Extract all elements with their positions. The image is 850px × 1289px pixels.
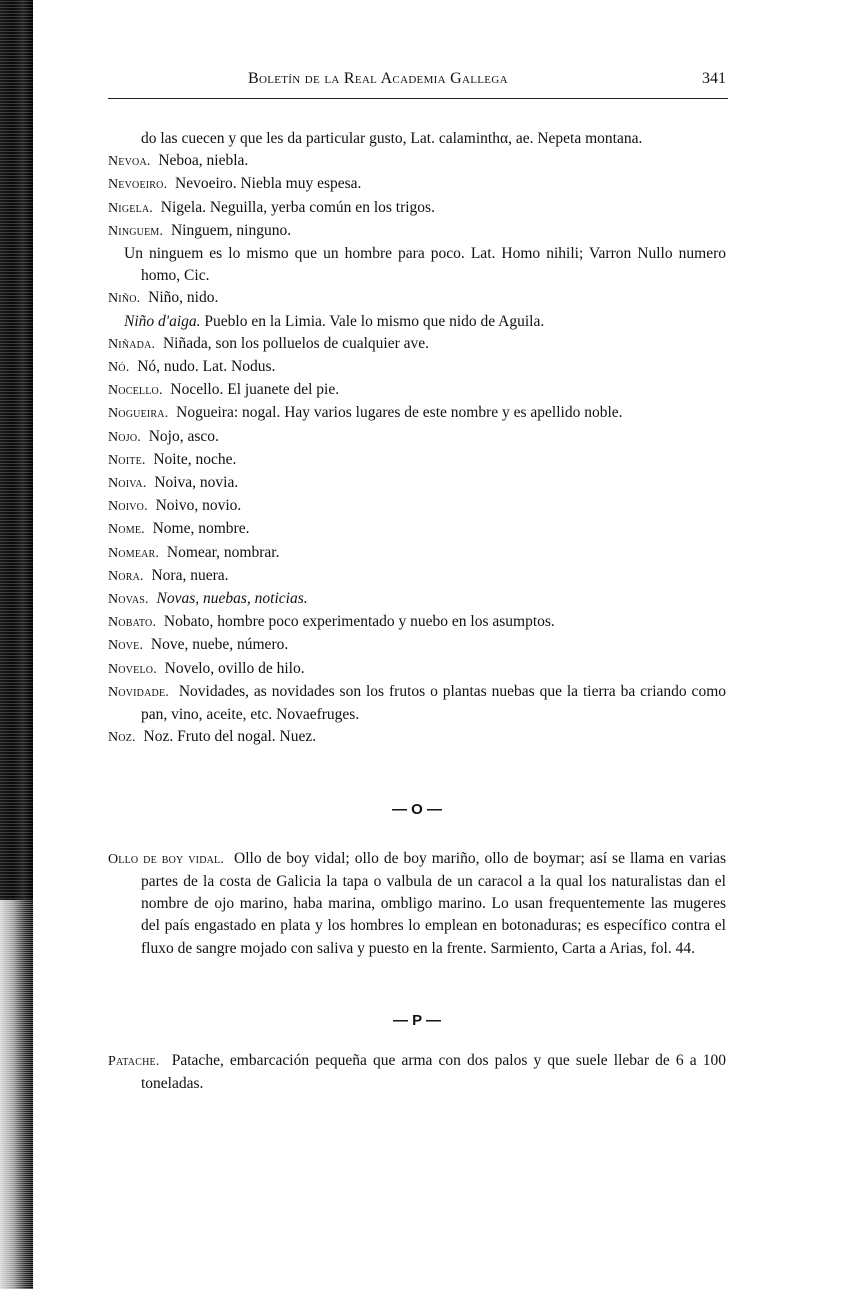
- entry-nome: Nome. Nome, nombre.: [108, 518, 726, 541]
- entry-noite: Noite. Noite, noche.: [108, 449, 726, 472]
- entry-text: Novelo, ovillo de hilo.: [165, 660, 305, 677]
- entry-text: Un ninguem es lo mismo que un hombre par…: [124, 245, 726, 284]
- headword: Novidade.: [108, 685, 169, 700]
- headword: Novas.: [108, 592, 149, 607]
- entry-text: Nome, nombre.: [153, 520, 250, 537]
- headword: Nogueira.: [108, 406, 168, 421]
- entry-text: Ninguem, ninguno.: [171, 222, 291, 239]
- entry-novas: Novas. Novas, nuebas, noticias.: [108, 588, 726, 611]
- section-heading-p: — P —: [108, 1010, 726, 1032]
- entry-nino: Niño. Niño, nido.: [108, 287, 726, 310]
- entry-nobato: Nobato. Nobato, hombre poco experimentad…: [108, 611, 726, 634]
- entry-ollo-de-boy-vidal: Ollo de boy vidal. Ollo de boy vidal; ol…: [108, 848, 726, 960]
- entry-text: Neboa, niebla.: [158, 152, 248, 169]
- entry-nocello: Nocello. Nocello. El juanete del pie.: [108, 379, 726, 402]
- headword: Ninguem.: [108, 224, 163, 239]
- entry-text: Ollo de boy vidal; ollo de boy mariño, o…: [141, 850, 726, 957]
- headword: Nigela.: [108, 201, 153, 216]
- headword: Noivo.: [108, 499, 148, 514]
- entry-text: Nove, nuebe, número.: [151, 636, 288, 653]
- headword: Noite.: [108, 453, 146, 468]
- entry-italic-term: Niño d'aiga.: [124, 313, 201, 330]
- headword: Nevoa.: [108, 154, 151, 169]
- entry-text: Novidades, as novidades son los frutos o…: [141, 683, 726, 723]
- headword: Nobato.: [108, 615, 156, 630]
- entry-continuation: do las cuecen y que les da particular gu…: [108, 128, 726, 150]
- headword: Nora.: [108, 569, 144, 584]
- entry-noivo: Noivo. Noivo, novio.: [108, 495, 726, 518]
- entry-ninada: Niñada. Niñada, son los polluelos de cua…: [108, 333, 726, 356]
- entry-text: Nó, nudo. Lat. Nodus.: [137, 358, 275, 375]
- header-rule: [108, 98, 728, 99]
- headword: Nevoeiro.: [108, 177, 167, 192]
- entry-nevoeiro: Nevoeiro. Nevoeiro. Niebla muy espesa.: [108, 173, 726, 196]
- page-number: 341: [702, 70, 726, 88]
- entry-text: Novas, nuebas, noticias.: [157, 590, 308, 607]
- entry-text: Nomear, nombrar.: [167, 544, 280, 561]
- section-heading-o: — O —: [108, 799, 726, 821]
- entry-text: Noz. Fruto del nogal. Nuez.: [144, 728, 317, 745]
- entry-nogueira: Nogueira. Nogueira: nogal. Hay varios lu…: [108, 402, 726, 425]
- entry-no: Nó. Nó, nudo. Lat. Nodus.: [108, 356, 726, 379]
- headword: Novelo.: [108, 662, 157, 677]
- running-head: Boletín de la Real Academia Gallega 341: [108, 70, 728, 94]
- entry-text: Nigela. Neguilla, yerba común en los tri…: [161, 199, 435, 216]
- headword: Niño.: [108, 291, 140, 306]
- headword: Nome.: [108, 522, 145, 537]
- entry-nojo: Nojo. Nojo, asco.: [108, 426, 726, 449]
- headword: Ollo de boy vidal.: [108, 852, 224, 867]
- headword: Noz.: [108, 730, 136, 745]
- entry-nomear: Nomear. Nomear, nombrar.: [108, 542, 726, 565]
- headword: Niñada.: [108, 337, 155, 352]
- entry-text: Noite, noche.: [153, 451, 236, 468]
- headword: Nocello.: [108, 383, 163, 398]
- entry-nora: Nora. Nora, nuera.: [108, 565, 726, 588]
- entry-text: Nojo, asco.: [149, 428, 219, 445]
- entry-subparagraph: Un ninguem es lo mismo que un hombre par…: [108, 243, 726, 287]
- entry-patache: Patache. Patache, embarcación pequeña qu…: [108, 1050, 726, 1095]
- headword: Patache.: [108, 1054, 160, 1069]
- entry-text: do las cuecen y que les da particular gu…: [141, 130, 642, 147]
- headword: Nomear.: [108, 546, 159, 561]
- entry-novidade: Novidade. Novidades, as novidades son lo…: [108, 681, 726, 726]
- entry-text: Noivo, novio.: [156, 497, 242, 514]
- entry-nigela: Nigela. Nigela. Neguilla, yerba común en…: [108, 197, 726, 220]
- entry-text: Niñada, son los polluelos de cualquier a…: [163, 335, 429, 352]
- entry-nove: Nove. Nove, nuebe, número.: [108, 634, 726, 657]
- entry-text: Nobato, hombre poco experimentado y nueb…: [164, 613, 555, 630]
- entry-text: Pueblo en la Limia. Vale lo mismo que ni…: [201, 313, 545, 330]
- headword: Noiva.: [108, 476, 147, 491]
- headword: Nojo.: [108, 430, 141, 445]
- entry-text: Patache, embarcación pequeña que arma co…: [141, 1052, 726, 1092]
- headword: Nove.: [108, 638, 143, 653]
- entry-text: Nora, nuera.: [151, 567, 228, 584]
- entry-noiva: Noiva. Noiva, novia.: [108, 472, 726, 495]
- entry-novelo: Novelo. Novelo, ovillo de hilo.: [108, 658, 726, 681]
- entry-ninguem: Ninguem. Ninguem, ninguno.: [108, 220, 726, 243]
- entry-nevoa: Nevoa. Neboa, niebla.: [108, 150, 726, 173]
- entry-text: Noiva, novia.: [154, 474, 238, 491]
- entry-text: Nevoeiro. Niebla muy espesa.: [175, 175, 361, 192]
- entry-subparagraph: Niño d'aiga. Pueblo en la Limia. Vale lo…: [108, 311, 726, 333]
- dictionary-body: do las cuecen y que les da particular gu…: [108, 128, 726, 1095]
- entry-text: Niño, nido.: [148, 289, 218, 306]
- entry-text: Nogueira: nogal. Hay varios lugares de e…: [176, 404, 622, 421]
- entry-text: Nocello. El juanete del pie.: [170, 381, 339, 398]
- running-title: Boletín de la Real Academia Gallega: [248, 70, 508, 88]
- entry-noz: Noz. Noz. Fruto del nogal. Nuez.: [108, 726, 726, 749]
- scan-binding-edge-lower: [0, 900, 33, 1289]
- headword: Nó.: [108, 360, 129, 375]
